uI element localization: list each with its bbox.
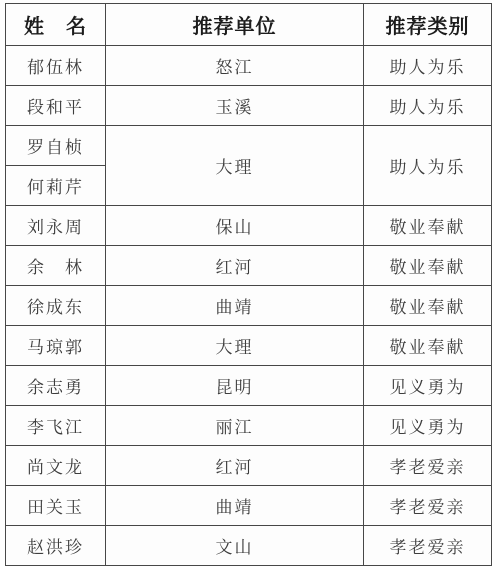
table-row: 田关玉曲靖孝老爱亲 [6, 486, 492, 526]
unit-cell: 大理 [106, 126, 364, 206]
name-cell: 李飞江 [6, 406, 106, 446]
name-cell: 尚文龙 [6, 446, 106, 486]
category-cell: 敬业奉献 [364, 206, 492, 246]
name-cell: 刘永周 [6, 206, 106, 246]
table-row: 马琼郭大理敬业奉献 [6, 326, 492, 366]
category-cell: 助人为乐 [364, 126, 492, 206]
unit-cell: 红河 [106, 246, 364, 286]
unit-cell: 丽江 [106, 406, 364, 446]
name-cell: 郁伍林 [6, 46, 106, 86]
category-cell: 孝老爱亲 [364, 486, 492, 526]
unit-cell: 保山 [106, 206, 364, 246]
recommendation-table: 姓 名 推荐单位 推荐类别 郁伍林怒江助人为乐段和平玉溪助人为乐罗自桢大理助人为… [5, 3, 492, 566]
table-row: 郁伍林怒江助人为乐 [6, 46, 492, 86]
table-row: 余志勇昆明见义勇为 [6, 366, 492, 406]
table-row: 刘永周保山敬业奉献 [6, 206, 492, 246]
category-cell: 孝老爱亲 [364, 446, 492, 486]
table-header-row: 姓 名 推荐单位 推荐类别 [6, 4, 492, 46]
name-cell: 赵洪珍 [6, 526, 106, 566]
table-row: 赵洪珍文山孝老爱亲 [6, 526, 492, 566]
name-cell: 田关玉 [6, 486, 106, 526]
table-row: 余 林红河敬业奉献 [6, 246, 492, 286]
name-cell: 余志勇 [6, 366, 106, 406]
unit-cell: 大理 [106, 326, 364, 366]
table-row: 尚文龙红河孝老爱亲 [6, 446, 492, 486]
unit-cell: 昆明 [106, 366, 364, 406]
name-cell: 余 林 [6, 246, 106, 286]
unit-cell: 红河 [106, 446, 364, 486]
name-cell: 徐成东 [6, 286, 106, 326]
category-cell: 助人为乐 [364, 46, 492, 86]
unit-cell: 怒江 [106, 46, 364, 86]
category-cell: 见义勇为 [364, 366, 492, 406]
column-header-unit: 推荐单位 [106, 4, 364, 46]
column-header-name: 姓 名 [6, 4, 106, 46]
table-row: 徐成东曲靖敬业奉献 [6, 286, 492, 326]
unit-cell: 文山 [106, 526, 364, 566]
table-row: 罗自桢大理助人为乐 [6, 126, 492, 166]
recommendation-table-container: 姓 名 推荐单位 推荐类别 郁伍林怒江助人为乐段和平玉溪助人为乐罗自桢大理助人为… [5, 3, 491, 560]
name-cell: 何莉芹 [6, 166, 106, 206]
unit-cell: 玉溪 [106, 86, 364, 126]
category-cell: 孝老爱亲 [364, 526, 492, 566]
category-cell: 敬业奉献 [364, 326, 492, 366]
category-cell: 敬业奉献 [364, 286, 492, 326]
table-row: 段和平玉溪助人为乐 [6, 86, 492, 126]
category-cell: 见义勇为 [364, 406, 492, 446]
table-row: 李飞江丽江见义勇为 [6, 406, 492, 446]
table-body: 郁伍林怒江助人为乐段和平玉溪助人为乐罗自桢大理助人为乐何莉芹刘永周保山敬业奉献余… [6, 46, 492, 566]
name-cell: 罗自桢 [6, 126, 106, 166]
unit-cell: 曲靖 [106, 286, 364, 326]
name-cell: 马琼郭 [6, 326, 106, 366]
category-cell: 敬业奉献 [364, 246, 492, 286]
column-header-category: 推荐类别 [364, 4, 492, 46]
unit-cell: 曲靖 [106, 486, 364, 526]
category-cell: 助人为乐 [364, 86, 492, 126]
name-cell: 段和平 [6, 86, 106, 126]
